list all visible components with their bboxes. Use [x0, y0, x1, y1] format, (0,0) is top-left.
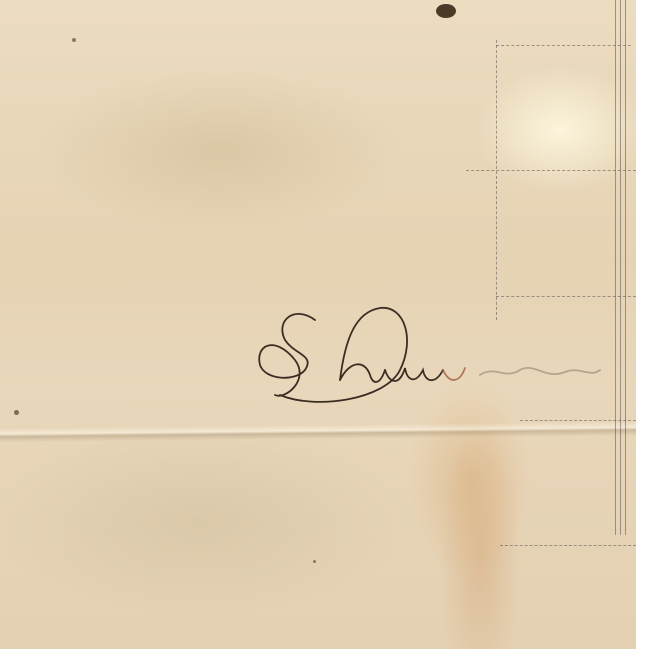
ruling-line-vertical	[625, 0, 626, 535]
handwritten-signature: C Quuun	[255, 300, 615, 410]
ink-spot	[436, 4, 456, 18]
ruling-line-vertical	[620, 0, 621, 535]
ink-speck	[72, 38, 76, 42]
ink-speck	[14, 410, 19, 415]
ruling-line-horizontal	[466, 170, 636, 171]
ink-speck	[313, 560, 316, 563]
ruling-line-vertical	[496, 40, 497, 320]
ruling-line-vertical	[615, 0, 616, 535]
ruling-line-horizontal	[500, 545, 636, 546]
ruling-line-horizontal	[496, 45, 631, 46]
ruling-line-horizontal	[520, 420, 636, 421]
signature-strokes	[255, 300, 615, 410]
ruling-line-horizontal	[496, 296, 636, 297]
